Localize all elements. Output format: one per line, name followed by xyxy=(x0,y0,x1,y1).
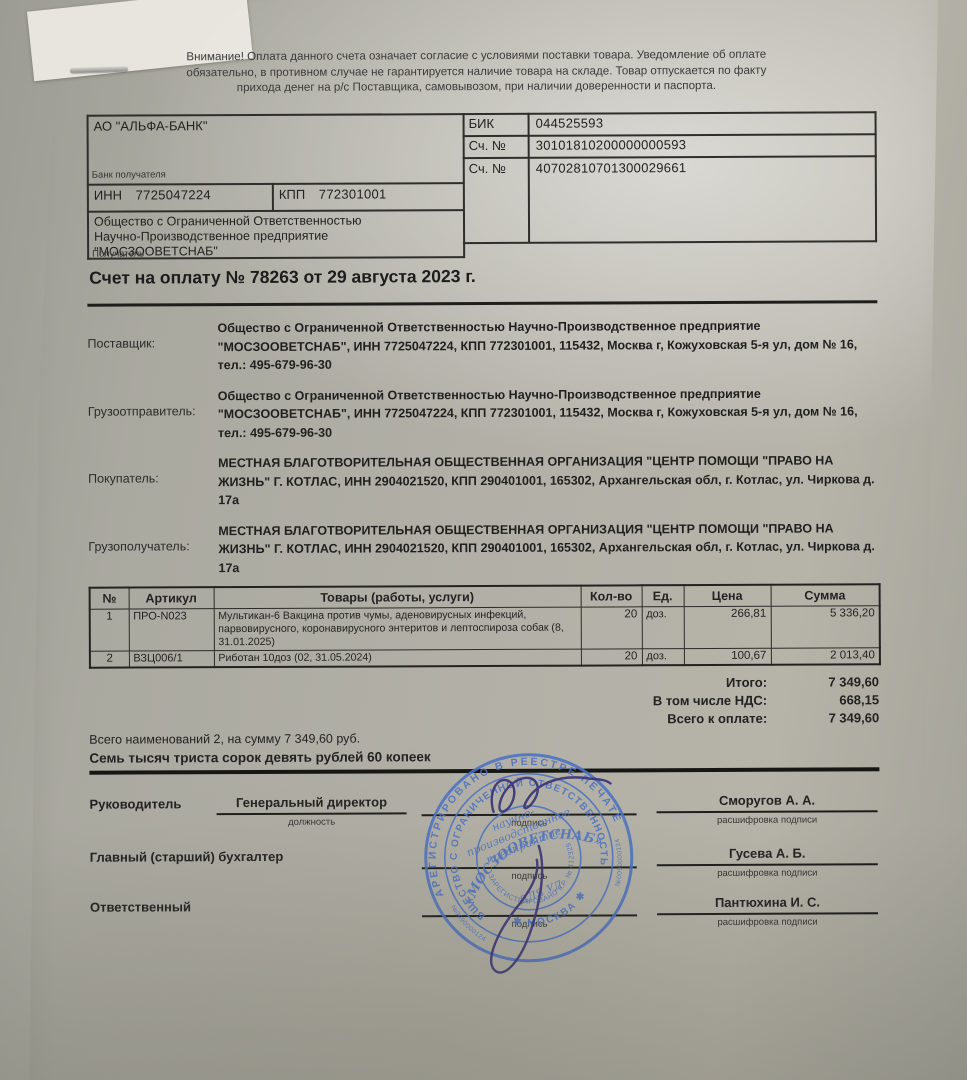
svg-text:ЗАРЕГИСТРИРОВАНО Г.Р. № 412329: ЗАРЕГИСТРИРОВАНО Г.Р. № 412329 xyxy=(486,841,589,920)
svg-text:ОБЩЕСТВО С ОГРАНИЧЕННОЙ ОТВЕТС: ОБЩЕСТВО С ОГРАНИЧЕННОЙ ОТВЕТСТВЕННОСТЬЮ xyxy=(408,737,618,943)
party-label: Покупатель: xyxy=(88,454,218,510)
inn-label: ИНН xyxy=(94,188,122,203)
total-value: 668,15 xyxy=(767,692,879,710)
bank-requisites-table: АО "АЛЬФА-БАНК" Банк получателя ИНН 7725… xyxy=(87,111,878,260)
item-qty: 20 xyxy=(581,649,642,666)
bank-line-under-bankname xyxy=(87,182,464,185)
stamp-company-name: «МОСЗООВЕТСНАБ» xyxy=(447,807,611,911)
company-stamp-seal: ЗАРЕГИСТРИРОВАНО В РЕЕСТРЕ ПЕЧАТЕЙ №0090… xyxy=(408,737,649,978)
svg-text:✱ МОСКВА ✱: ✱ МОСКВА ✱ xyxy=(508,886,594,939)
bank-line-top xyxy=(87,111,877,116)
name-underline-3 xyxy=(657,872,878,915)
total-value: 7 349,60 xyxy=(767,710,879,728)
name-underline-2 xyxy=(657,823,878,866)
inn-value: 7725047224 xyxy=(136,187,211,202)
total-row-nds: В том числе НДС: 668,15 xyxy=(89,692,879,713)
sign-line-3 xyxy=(422,874,637,917)
payee-label: Получатель xyxy=(92,248,144,259)
party-value: МЕСТНАЯ БЛАГОТВОРИТЕЛЬНАЯ ОБЩЕСТВЕННАЯ О… xyxy=(218,451,878,509)
stamp-center-line2: производственное xyxy=(465,805,573,859)
acc-label: Сч. № xyxy=(469,161,506,176)
payee-name-line1: Общество с Ограниченной Ответственностью xyxy=(94,214,362,229)
amount-in-words: Семь тысяч триста сорок девять рублей 60… xyxy=(89,749,430,765)
party-label: Грузополучатель: xyxy=(88,522,218,578)
totals-section: Итого: 7 349,60 В том числе НДС: 668,15 … xyxy=(89,674,879,731)
sign-caption-1: подпись xyxy=(422,817,637,829)
col-price: Цена xyxy=(684,585,771,607)
sign-line-2 xyxy=(422,826,637,869)
total-value: 7 349,60 xyxy=(767,674,879,692)
svg-text:№0090000124: №0090000124 xyxy=(449,898,489,950)
item-unit: доз. xyxy=(642,607,684,649)
director-role: Генеральный директор xyxy=(217,794,407,810)
table-row: 2 ВЗЦ006/1 Риботан 10доз (02, 31.05.2024… xyxy=(90,648,880,668)
party-value: Общество с Ограниченной Ответственностью… xyxy=(217,316,877,374)
responsible-name: Пантюхина И. С. xyxy=(657,894,878,910)
signature-label-responsible: Ответственный xyxy=(90,899,191,914)
accountant-name: Гусева А. Б. xyxy=(657,845,878,861)
items-header-row: № Артикул Товары (работы, услуги) Кол-во… xyxy=(90,584,880,609)
svg-text:№0090000124: №0090000124 xyxy=(598,837,638,889)
item-name: Риботан 10доз (02, 31.05.2024) xyxy=(214,649,581,667)
bank-line-under-bik xyxy=(463,133,877,136)
stamp-center-line4: ДЛЯ УД xyxy=(517,879,565,908)
bank-line-right xyxy=(875,111,878,242)
party-consignee: Грузополучатель: МЕСТНАЯ БЛАГОТВОРИТЕЛЬН… xyxy=(88,519,878,578)
decode-caption-2: расшифровка подписи xyxy=(657,867,878,879)
kpp-cell: КПП 772301001 xyxy=(279,186,387,201)
col-qty: Кол-во xyxy=(581,585,642,607)
item-unit: доз. xyxy=(642,649,684,666)
responsible-signature-stroke xyxy=(491,846,543,973)
party-buyer: Покупатель: МЕСТНАЯ БЛАГОТВОРИТЕЛЬНАЯ ОБ… xyxy=(88,451,878,510)
bank-line-mid-vertical xyxy=(463,113,466,258)
total-label: Итого: xyxy=(191,675,767,696)
items-table: № Артикул Товары (работы, услуги) Кол-во… xyxy=(89,583,881,668)
corr-acc-value: 30101810200000000593 xyxy=(536,137,687,153)
total-label: В том числе НДС: xyxy=(191,693,767,714)
payee-name-line3: "МОСЗООВЕТСНАБ" xyxy=(94,244,218,259)
table-row: 1 ПРО-N023 Мультикан-6 Вакцина против чу… xyxy=(90,606,880,651)
decode-caption-1: расшифровка подписи xyxy=(657,814,878,826)
photo-background: Внимание! Оплата данного счета означает … xyxy=(0,0,967,1080)
bik-value: 044525593 xyxy=(536,115,604,130)
stamp-reg-no-left: №0090000124 xyxy=(449,898,489,950)
party-value: МЕСТНАЯ БЛАГОТВОРИТЕЛЬНАЯ ОБЩЕСТВЕННАЯ О… xyxy=(218,519,878,577)
name-underline-1 xyxy=(656,770,877,813)
kpp-label: КПП xyxy=(279,187,305,202)
title-rule xyxy=(87,300,877,306)
total-row-payable: Всего к оплате: 7 349,60 xyxy=(89,710,879,731)
handwritten-signatures xyxy=(89,770,880,1073)
kpp-value: 772301001 xyxy=(319,186,387,201)
company-stamp: ЗАРЕГИСТРИРОВАНО В РЕЕСТРЕ ПЕЧАТЕЙ №0090… xyxy=(408,737,649,978)
payee-name-line2: Научно-Производственное предприятие xyxy=(94,229,328,244)
svg-text:ЗАРЕГИСТРИРОВАНО В РЕЕСТРЕ: ЗАРЕГИСТРИРОВАНО В РЕЕСТРЕ ПЕЧАТЕЙ xyxy=(408,737,624,908)
sign-caption-3: подпись xyxy=(422,918,637,930)
stamp-inner-reg-text: ЗАРЕГИСТРИРОВАНО Г.Р. № 412329 xyxy=(486,841,589,920)
stamp-reg-no-right: №0090000124 xyxy=(598,837,638,889)
bank-line-left xyxy=(87,115,90,260)
bank-line-inn-kpp-divider xyxy=(272,183,274,211)
invoice-title: Счет на оплату № 78263 от 29 августа 202… xyxy=(89,266,476,289)
payment-notice: Внимание! Оплата данного счета означает … xyxy=(186,47,766,96)
stamp-moscow-text: ✱ МОСКВА ✱ xyxy=(508,886,594,939)
director-name: Сморугов А. А. xyxy=(656,792,877,808)
col-num: № xyxy=(90,588,129,610)
total-label: Всего к оплате: xyxy=(191,711,767,732)
item-article: ПРО-N023 xyxy=(129,609,214,651)
inn-cell: ИНН 7725047224 xyxy=(94,187,211,203)
party-label: Грузоотправитель: xyxy=(88,387,218,443)
role-underline xyxy=(216,772,406,815)
col-name: Товары (работы, услуги) xyxy=(214,586,581,609)
signature-label-director: Руководитель xyxy=(90,796,182,811)
item-name: Мультикан-6 Вакцина против чумы, аденови… xyxy=(214,607,581,651)
sign-caption-2: подпись xyxy=(422,870,637,882)
col-unit: Ед. xyxy=(642,585,684,607)
item-price: 100,67 xyxy=(684,648,771,665)
party-consignor: Грузоотправитель: Общество с Ограниченно… xyxy=(88,384,878,443)
party-supplier: Поставщик: Общество с Ограниченной Ответ… xyxy=(87,316,877,375)
stamp-outer-ring-text: ЗАРЕГИСТРИРОВАНО В РЕЕСТРЕ ПЕЧАТЕЙ xyxy=(408,737,624,908)
signatures-section: Руководитель Генеральный директор должно… xyxy=(89,770,880,1073)
corr-acc-label: Сч. № xyxy=(469,138,506,153)
invoice-content: Внимание! Оплата данного счета означает … xyxy=(86,0,881,1080)
item-qty: 20 xyxy=(581,607,642,649)
bank-line-acc-label-vertical xyxy=(528,113,530,243)
svg-text:«МОСЗООВЕТСНАБ»: «МОСЗООВЕТСНАБ» xyxy=(447,807,611,911)
col-article: Артикул xyxy=(129,587,214,609)
item-sum: 5 336,20 xyxy=(771,606,880,648)
parties-section: Поставщик: Общество с Ограниченной Ответ… xyxy=(87,316,878,589)
bank-name-label: Банк получателя xyxy=(92,169,166,180)
bank-line-under-inn xyxy=(87,209,464,212)
director-signature-stroke xyxy=(492,777,611,812)
stamp-center-line3: предприятие xyxy=(484,824,564,867)
col-sum: Сумма xyxy=(771,584,880,606)
position-caption: должность xyxy=(217,816,407,828)
item-sum: 2 013,40 xyxy=(771,648,880,665)
decode-caption-3: расшифровка подписи xyxy=(657,916,878,928)
bottom-rule xyxy=(89,767,879,774)
item-num: 2 xyxy=(90,651,129,668)
invoice-page: Внимание! Оплата данного счета означает … xyxy=(0,0,967,1080)
item-num: 1 xyxy=(90,609,129,651)
sign-line-1 xyxy=(421,773,636,816)
bik-label: БИК xyxy=(469,116,495,131)
bank-line-bottom-right xyxy=(463,240,877,244)
item-price: 266,81 xyxy=(684,606,771,648)
item-article: ВЗЦ006/1 xyxy=(129,651,214,668)
total-row-itogo: Итого: 7 349,60 xyxy=(89,674,879,695)
stamp-center-line1: научно- xyxy=(490,805,536,834)
bank-line-under-corr-acc xyxy=(463,155,877,158)
acc-value: 40702810701300029661 xyxy=(536,160,687,176)
signature-label-accountant: Главный (старший) бухгалтер xyxy=(90,849,284,865)
bank-line-bottom-left xyxy=(87,256,464,260)
party-label: Поставщик: xyxy=(87,319,217,375)
bank-name: АО "АЛЬФА-БАНК" xyxy=(94,118,208,133)
party-value: Общество с Ограниченной Ответственностью… xyxy=(218,384,878,442)
items-count-summary: Всего наименований 2, на сумму 7 349,60 … xyxy=(89,732,360,747)
stamp-middle-ring-text: ОБЩЕСТВО С ОГРАНИЧЕННОЙ ОТВЕТСТВЕННОСТЬЮ xyxy=(408,737,618,943)
